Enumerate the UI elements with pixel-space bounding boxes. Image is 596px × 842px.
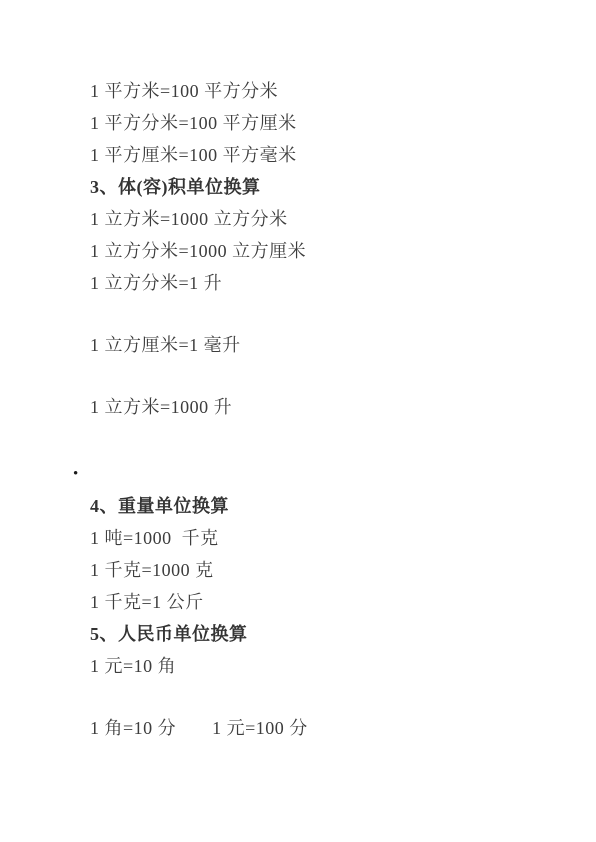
- line-text: 1 立方米=1000 立方分米: [90, 209, 288, 229]
- line-text: 1 立方分米=1000 立方厘米: [90, 241, 306, 261]
- conversion-line: 1 立方厘米=1 毫升: [90, 329, 556, 361]
- conversion-line: 1 立方分米=1 升: [90, 267, 556, 299]
- conversion-line: 1 平方米=100 平方分米: [90, 75, 556, 107]
- line-text: 4、重量单位换算: [90, 496, 229, 516]
- conversion-line: 1 平方分米=100 平方厘米: [90, 107, 556, 139]
- line-text: 1 千克=1000 克: [90, 560, 214, 580]
- bullet-marker: •: [73, 458, 556, 490]
- line-text: •: [73, 466, 79, 482]
- line-text: 3、体(容)积单位换算: [90, 177, 261, 197]
- section-heading: 4、重量单位换算: [90, 490, 556, 522]
- line-text: 1 平方分米=100 平方厘米: [90, 113, 297, 133]
- line-text: 1 平方米=100 平方分米: [90, 81, 278, 101]
- document-page: 1 平方米=100 平方分米1 平方分米=100 平方厘米1 平方厘米=100 …: [0, 0, 596, 842]
- conversion-line: 1 千克=1000 克: [90, 554, 556, 586]
- line-text: 1 元=10 角: [90, 656, 176, 676]
- line-text: 5、人民币单位换算: [90, 624, 248, 644]
- conversion-line: 1 角=10 分1 元=100 分: [90, 712, 556, 744]
- line-text-2: 1 元=100 分: [212, 718, 308, 738]
- line-text: 1 立方米=1000 升: [90, 397, 232, 417]
- section-heading: 5、人民币单位换算: [90, 618, 556, 650]
- conversion-line: 1 千克=1 公斤: [90, 586, 556, 618]
- conversion-line: 1 立方米=1000 升: [90, 391, 556, 423]
- line-text: 1 千克=1 公斤: [90, 592, 204, 612]
- conversion-line: 1 吨=1000 千克: [90, 522, 556, 554]
- conversion-line: 1 元=10 角: [90, 650, 556, 682]
- conversion-line: 1 平方厘米=100 平方毫米: [90, 139, 556, 171]
- conversion-line: 1 立方分米=1000 立方厘米: [90, 235, 556, 267]
- line-text: 1 平方厘米=100 平方毫米: [90, 145, 297, 165]
- document-content: 1 平方米=100 平方分米1 平方分米=100 平方厘米1 平方厘米=100 …: [90, 75, 556, 744]
- section-heading: 3、体(容)积单位换算: [90, 171, 556, 203]
- line-text: 1 立方分米=1 升: [90, 273, 222, 293]
- conversion-line: 1 立方米=1000 立方分米: [90, 203, 556, 235]
- line-text: 1 角=10 分: [90, 718, 176, 738]
- line-text: 1 吨=1000 千克: [90, 528, 219, 548]
- line-text: 1 立方厘米=1 毫升: [90, 335, 241, 355]
